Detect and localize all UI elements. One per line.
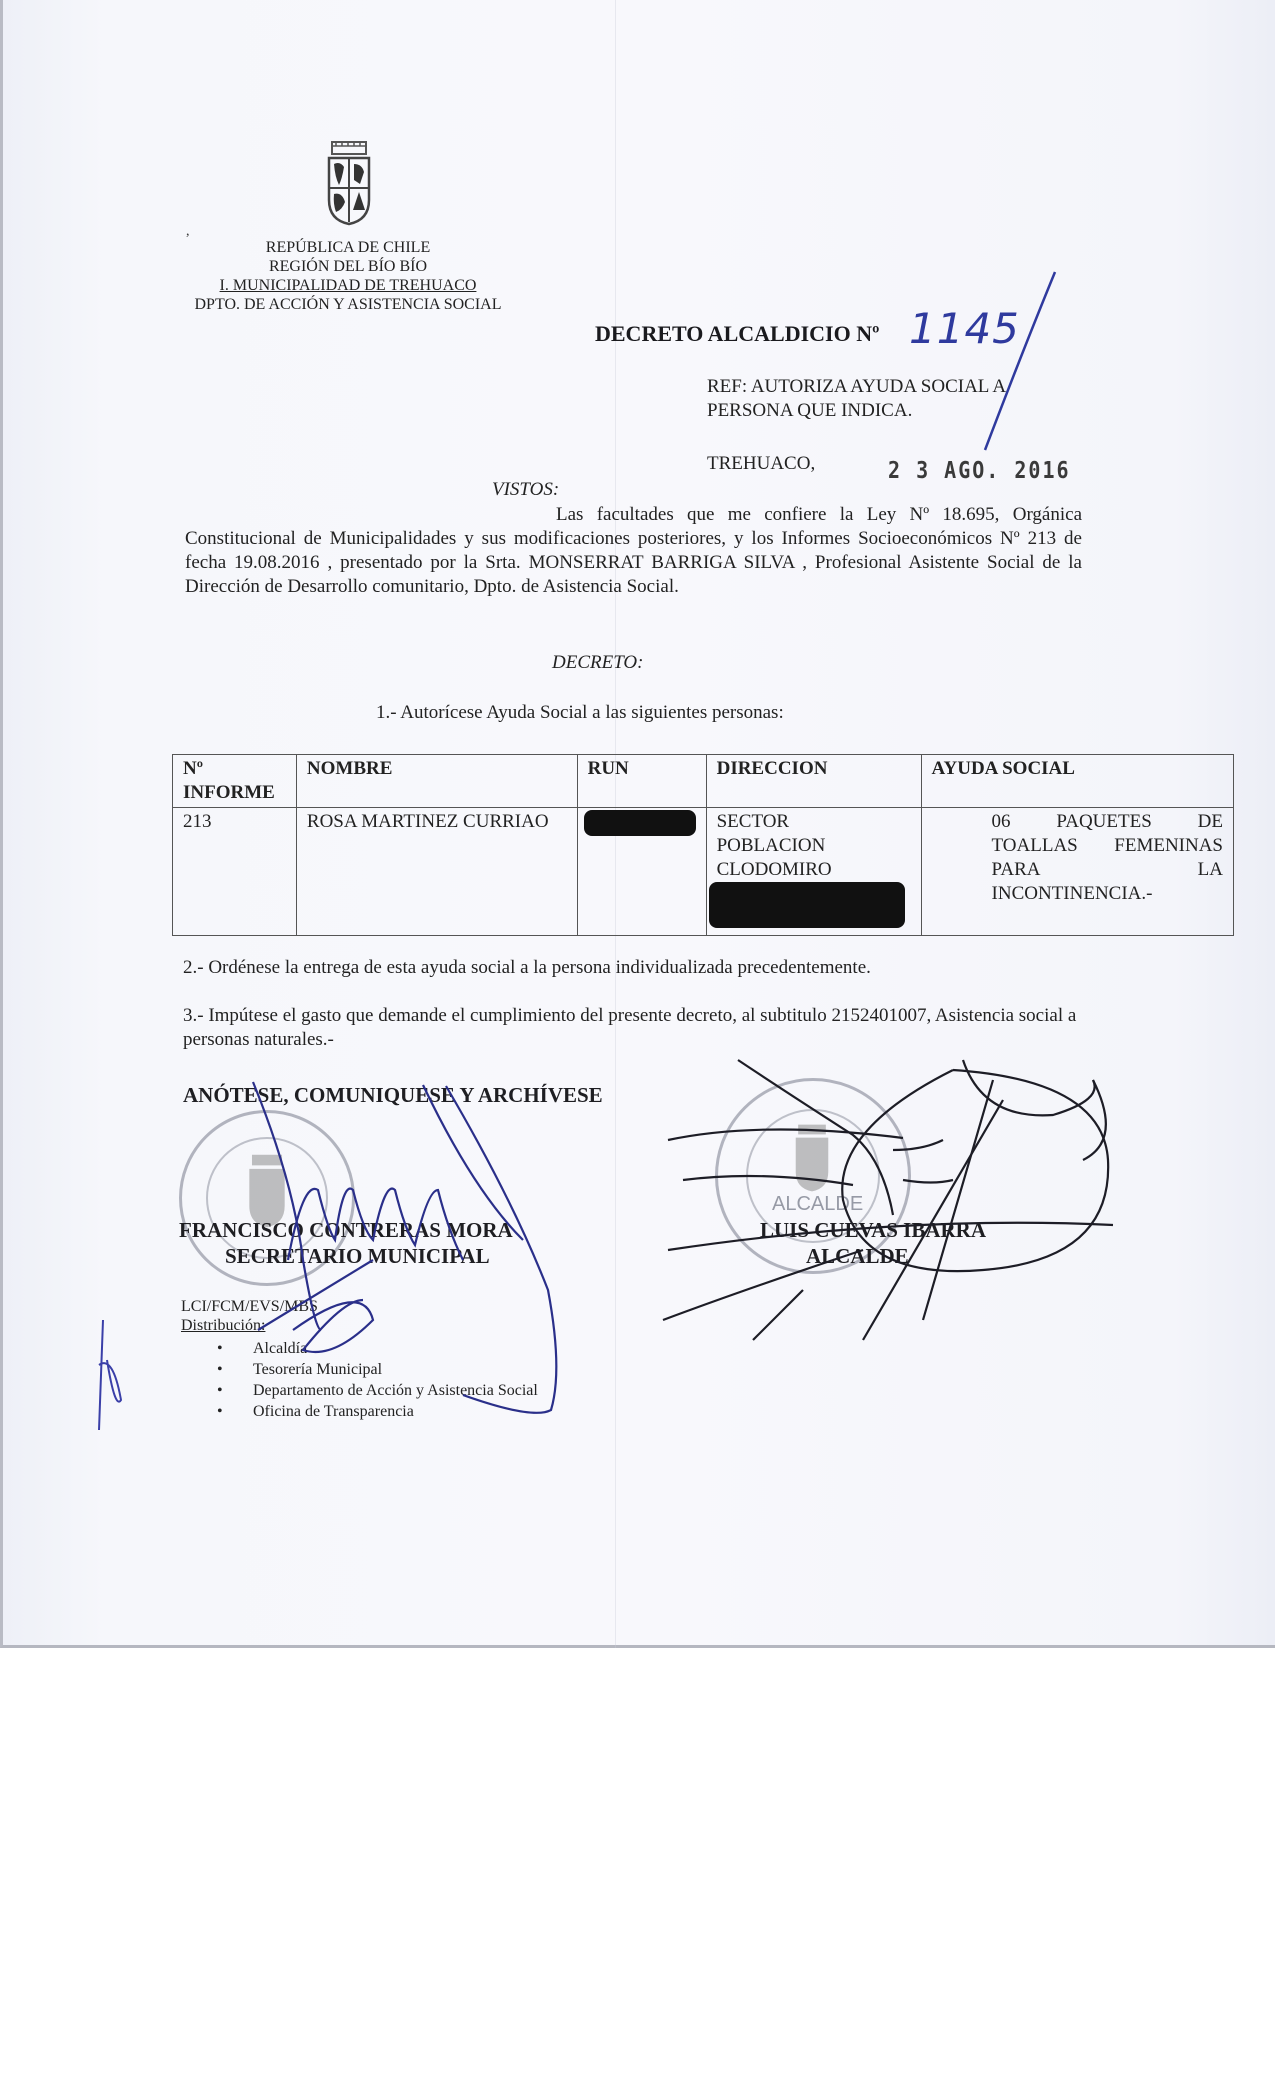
col-header-informe: Nº INFORME	[173, 755, 297, 808]
list-item: Departamento de Acción y Asistencia Soci…	[213, 1380, 538, 1401]
table-header-row: Nº INFORME NOMBRE RUN DIRECCION AYUDA SO…	[173, 755, 1234, 808]
scanned-page: , REPÚBLICA DE CHILE REGIÓN DEL BÍO BÍO …	[0, 0, 1275, 1648]
col-header-run: RUN	[577, 755, 706, 808]
cell-ayuda: 06 PAQUETES DE TOALLAS FEMENINAS PARA LA…	[921, 808, 1233, 936]
cell-informe: 213	[173, 808, 297, 936]
reference-line-2: PERSONA QUE INDICA.	[707, 399, 1006, 423]
vistos-heading: VISTOS:	[492, 479, 559, 501]
municipal-crest-icon	[326, 140, 372, 226]
letterhead-municipality: I. MUNICIPALIDAD DE TREHUACO	[183, 276, 513, 295]
redaction-bar	[584, 810, 696, 836]
nombre-text: ROSA MARTINEZ CURRIAO	[307, 811, 549, 832]
responsibility-initials: LCI/FCM/EVS/MBS	[181, 1298, 318, 1316]
redaction-bar	[709, 882, 905, 928]
decree-item-2: 2.- Ordénese la entrega de esta ayuda so…	[183, 957, 871, 979]
decree-item-1: 1.- Autorícese Ayuda Social a las siguie…	[376, 702, 784, 724]
cell-nombre: ROSA MARTINEZ CURRIAO	[296, 808, 577, 936]
vistos-text: Las facultades que me confiere la Ley Nº…	[185, 504, 1082, 597]
cell-run	[577, 808, 706, 936]
letterhead-country: REPÚBLICA DE CHILE	[183, 238, 513, 257]
decree-reference: REF: AUTORIZA AYUDA SOCIAL A PERSONA QUE…	[707, 375, 1006, 423]
decree-place: TREHUACO,	[707, 453, 815, 475]
col-header-direccion: DIRECCION	[706, 755, 921, 808]
mayor-name: LUIS CUEVAS IBARRA	[760, 1218, 986, 1243]
letterhead-region: REGIÓN DEL BÍO BÍO	[183, 257, 513, 276]
decree-number-handwritten: 1145	[909, 304, 1020, 353]
mayor-title: ALCALDE	[806, 1244, 909, 1269]
distribution-list: Alcaldía Tesorería Municipal Departament…	[213, 1338, 538, 1422]
decree-title: DECRETO ALCALDICIO Nº	[595, 321, 879, 347]
decree-number-slash	[985, 272, 1055, 450]
secretary-title: SECRETARIO MUNICIPAL	[225, 1244, 490, 1269]
decree-item-3: 3.- Impútese el gasto que demande el cum…	[183, 1004, 1083, 1052]
letterhead: REPÚBLICA DE CHILE REGIÓN DEL BÍO BÍO I.…	[183, 238, 513, 314]
closing-formula: ANÓTESE, COMUNIQUESE Y ARCHÍVESE	[183, 1083, 603, 1108]
seal-crest-icon	[791, 1123, 833, 1193]
list-item: Oficina de Transparencia	[213, 1401, 538, 1422]
cell-direccion: SECTOR POBLACION CLODOMIRO	[706, 808, 921, 936]
direccion-visible-text: SECTOR POBLACION CLODOMIRO	[717, 810, 887, 882]
secretary-name: FRANCISCO CONTRERAS MORA	[179, 1218, 513, 1242]
decreto-heading: DECRETO:	[552, 652, 643, 674]
social-aid-table: Nº INFORME NOMBRE RUN DIRECCION AYUDA SO…	[172, 754, 1234, 936]
distribution-label: Distribución:	[181, 1317, 265, 1335]
list-item: Alcaldía	[213, 1338, 538, 1359]
date-stamp: 2 3 AGO. 2016	[888, 456, 1071, 484]
reference-line-1: REF: AUTORIZA AYUDA SOCIAL A	[707, 375, 1006, 399]
col-header-nombre: NOMBRE	[296, 755, 577, 808]
vistos-paragraph: Las facultades que me confiere la Ley Nº…	[185, 503, 1082, 599]
list-item: Tesorería Municipal	[213, 1359, 538, 1380]
letterhead-department: DPTO. DE ACCIÓN Y ASISTENCIA SOCIAL	[183, 295, 513, 314]
col-header-ayuda: AYUDA SOCIAL	[921, 755, 1233, 808]
mayor-seal-center-text: ALCALDE	[772, 1193, 863, 1216]
table-row: 213 ROSA MARTINEZ CURRIAO SECTOR POBLACI…	[173, 808, 1234, 936]
margin-initial	[99, 1320, 121, 1430]
